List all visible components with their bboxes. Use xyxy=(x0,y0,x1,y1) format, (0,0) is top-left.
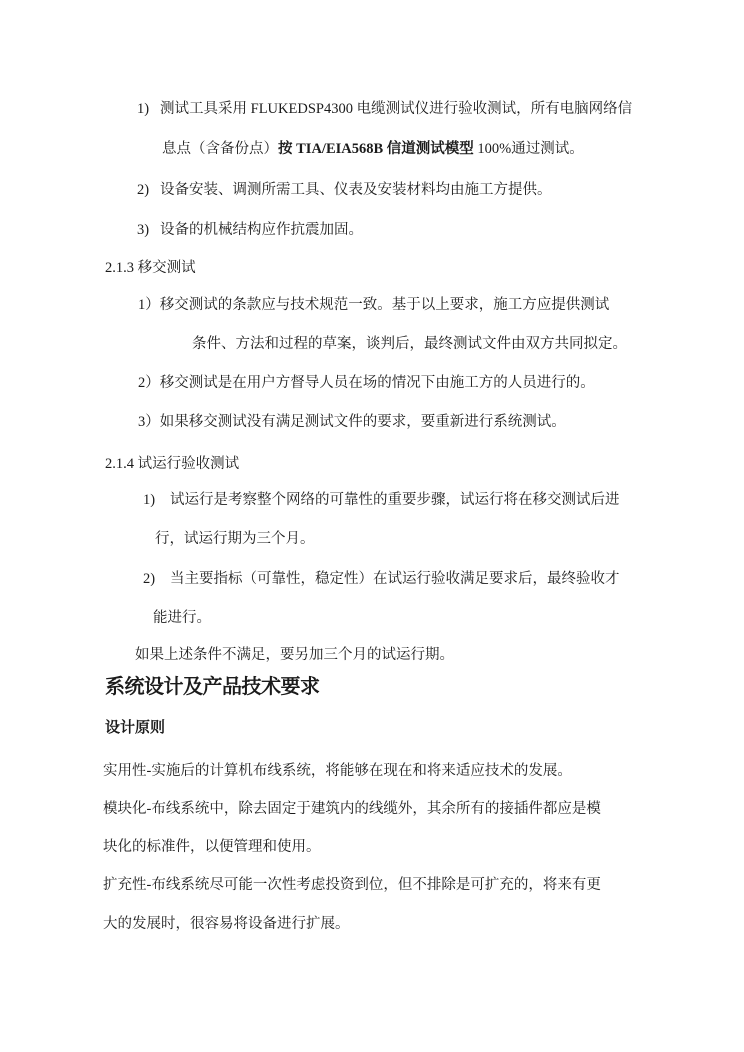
list-marker-2-1-4-1: 1) xyxy=(143,492,170,509)
list-item-2-text: 设备安装、调测所需工具、仪表及安装材料均由施工方提供。 xyxy=(160,182,552,198)
section-2-1-4-item-2-line-1: 2)当主要指标（可靠性，稳定性）在试运行验收满足要求后，最终验收才 xyxy=(143,571,620,588)
section-2-1-4-item-2-text: 当主要指标（可靠性，稳定性）在试运行验收满足要求后，最终验收才 xyxy=(170,571,620,587)
section-heading-2-1-3: 2.1.3 移交测试 xyxy=(105,260,196,277)
section-heading-2-1-4: 2.1.4 试运行验收测试 xyxy=(105,456,239,473)
list-item-1-text: 测试工具采用 FLUKEDSP4300 电缆测试仪进行验收测试，所有电脑网络信 xyxy=(160,101,632,117)
design-para-modularity-line-2: 块化的标准件，以便管理和使用。 xyxy=(103,839,321,856)
list-marker-3: 3) xyxy=(137,222,160,239)
document-page: 1)测试工具采用 FLUKEDSP4300 电缆测试仪进行验收测试，所有电脑网络… xyxy=(0,0,744,1052)
list-marker-2: 2) xyxy=(137,182,160,199)
list-item-3: 3)设备的机械结构应作抗震加固。 xyxy=(137,222,363,239)
design-para-practicality: 实用性-实施后的计算机布线系统，将能够在现在和将来适应技术的发展。 xyxy=(103,763,572,780)
list-item-1-line-2: 息点（含备份点）按 TIA/EIA568B 信道测试模型 100%通过测试。 xyxy=(162,141,584,158)
design-para-expandability-line-2: 大的发展时，很容易将设备进行扩展。 xyxy=(103,916,350,933)
list-marker-1: 1) xyxy=(137,101,160,118)
section-2-1-3-item-2: 2）移交测试是在用户方督导人员在场的情况下由施工方的人员进行的。 xyxy=(138,375,595,392)
list-marker-2-1-4-2: 2) xyxy=(143,571,170,588)
list-item-2: 2)设备安装、调测所需工具、仪表及安装材料均由施工方提供。 xyxy=(137,182,552,199)
list-item-1-text-normal: 息点（含备份点） xyxy=(162,141,278,157)
design-para-expandability-line-1: 扩充性-布线系统尽可能一次性考虑投资到位，但不排除是可扩充的，将来有更 xyxy=(103,877,601,894)
section-2-1-4-item-1-line-1: 1)试运行是考察整个网络的可靠性的重要步骤，试运行将在移交测试后进 xyxy=(143,492,620,509)
design-para-modularity-line-1: 模块化-布线系统中，除去固定于建筑内的线缆外，其余所有的接插件都应是模 xyxy=(103,801,601,818)
section-2-1-4-note: 如果上述条件不满足，要另加三个月的试运行期。 xyxy=(135,647,454,664)
list-item-1-text-bold: 按 TIA/EIA568B 信道测试模型 xyxy=(278,141,474,157)
list-item-3-text: 设备的机械结构应作抗震加固。 xyxy=(160,222,363,238)
section-2-1-4-item-1-line-2: 行，试运行期为三个月。 xyxy=(155,531,315,548)
list-item-1-text-normal-2: 100%通过测试。 xyxy=(474,141,584,157)
section-2-1-3-item-1-line-2: 条件、方法和过程的草案，谈判后，最终测试文件由双方共同拟定。 xyxy=(192,336,627,353)
design-section-title: 系统设计及产品技术要求 xyxy=(105,675,320,699)
section-2-1-3-item-3: 3）如果移交测试没有满足测试文件的要求，要重新进行系统测试。 xyxy=(138,414,566,431)
section-2-1-4-item-2-line-2: 能进行。 xyxy=(153,610,211,627)
section-2-1-3-item-1-line-1: 1）移交测试的条款应与技术规范一致。基于以上要求，施工方应提供测试 xyxy=(138,297,609,314)
section-2-1-4-item-1-text: 试运行是考察整个网络的可靠性的重要步骤，试运行将在移交测试后进 xyxy=(170,492,620,508)
design-principles-subtitle: 设计原则 xyxy=(105,719,165,737)
list-item-1-line-1: 1)测试工具采用 FLUKEDSP4300 电缆测试仪进行验收测试，所有电脑网络… xyxy=(137,101,632,118)
